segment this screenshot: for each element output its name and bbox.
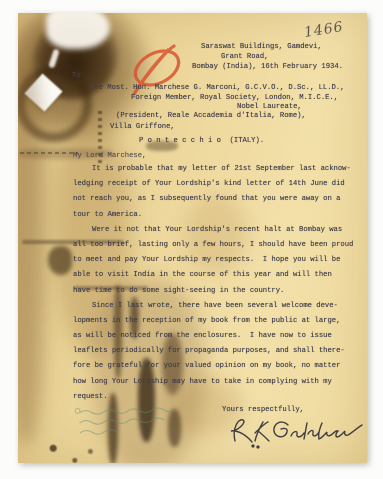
body-line: all too brief, lasting only a few hours,… — [73, 238, 353, 253]
sender-address-line-2: Grant Road, — [221, 53, 268, 61]
faint-handwritten-annotation — [72, 403, 197, 443]
recipient-place-line-1: Villa Griffone, — [110, 123, 175, 131]
body-line: have time to do some sight-seeing in the… — [73, 284, 353, 299]
body-line: lopments in the reception of my book fro… — [73, 314, 353, 329]
body-line: Since I last wrote, there have been seve… — [73, 299, 353, 314]
recipient-line-1: The Most. Hon. Marchese G. Marconi, G.C.… — [90, 84, 344, 92]
body-line: fore be grateful for your valued opinion… — [73, 359, 353, 374]
body-line: how long Your Lordship may have to take … — [73, 375, 353, 390]
body-line: leaflets periodically for propaganda pur… — [73, 344, 353, 359]
white-tape-patch — [24, 73, 62, 111]
round-blob — [48, 246, 72, 275]
signature-handwritten — [225, 411, 365, 453]
body-line: Were it not that Your Lordship's recent … — [73, 223, 353, 238]
torn-corner-light-patch — [46, 13, 110, 49]
archive-number: 1466 — [303, 19, 345, 41]
letter-body: It is probable that my letter of 21st Se… — [73, 162, 353, 405]
body-line: ledging receipt of Your Lordship's kind … — [73, 177, 353, 192]
body-line: It is probable that my letter of 21st Se… — [73, 162, 353, 177]
white-scratch — [48, 49, 60, 69]
recipient-line-2: Foreign Member, Royal Society, London, M… — [131, 94, 338, 102]
sender-address-line-1: Saraswat Buildings, Gamdevi, — [201, 43, 322, 51]
body-line: able to visit India in the course of thi… — [73, 268, 353, 283]
body-line: to meet and pay Your Lordship my respect… — [73, 253, 353, 268]
to-label: To — [72, 72, 81, 80]
letter-paper: 1466 Saraswat Buildings, Gamdevi, Grant … — [18, 13, 367, 463]
pencil-dash-line — [20, 152, 78, 154]
body-line: as will be noticed from the enclosures. … — [73, 329, 353, 344]
sender-address-line-3: Bombay (India), 16th February 1934. — [192, 63, 343, 71]
body-line: not reach you, as I subsequently found t… — [73, 192, 353, 207]
scanned-letter-page: 1466 Saraswat Buildings, Gamdevi, Grant … — [0, 0, 383, 479]
recipient-line-3: Nobel Laureate, — [237, 103, 302, 111]
left-edge-band — [18, 63, 44, 443]
recipient-line-4: (President, Reale Accademia d'Italia, Ro… — [116, 112, 306, 120]
body-line: tour to America. — [73, 208, 353, 223]
salutation: My Lord Marchese, — [73, 152, 146, 160]
recipient-place-line-2: P o n t e c c h i o (ITALY). — [139, 137, 264, 145]
